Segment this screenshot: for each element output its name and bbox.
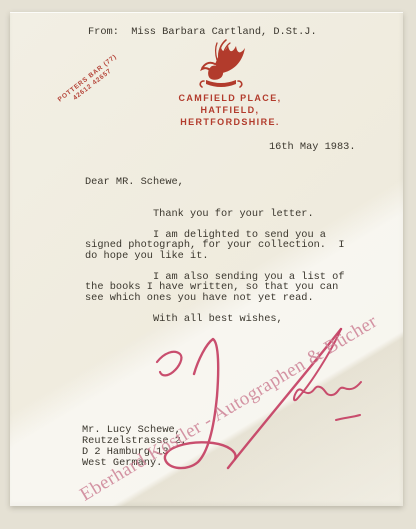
scanned-letter-photo: From: Miss Barbara Cartland, D.St.J. POT…: [0, 0, 416, 529]
letter-body: Dear MR. Schewe, Thank you for your lett…: [85, 177, 345, 325]
from-line: From: Miss Barbara Cartland, D.St.J.: [88, 26, 317, 38]
phone-number-block: POTTERS BAR (77) 42612 42657: [52, 50, 127, 114]
letterhead-address: CAMFIELD PLACE, HATFIELD, HERTFORDSHIRE.: [150, 92, 310, 128]
letterhead-crest-icon: [190, 38, 252, 94]
letter-date: 16th May 1983.: [269, 141, 356, 153]
